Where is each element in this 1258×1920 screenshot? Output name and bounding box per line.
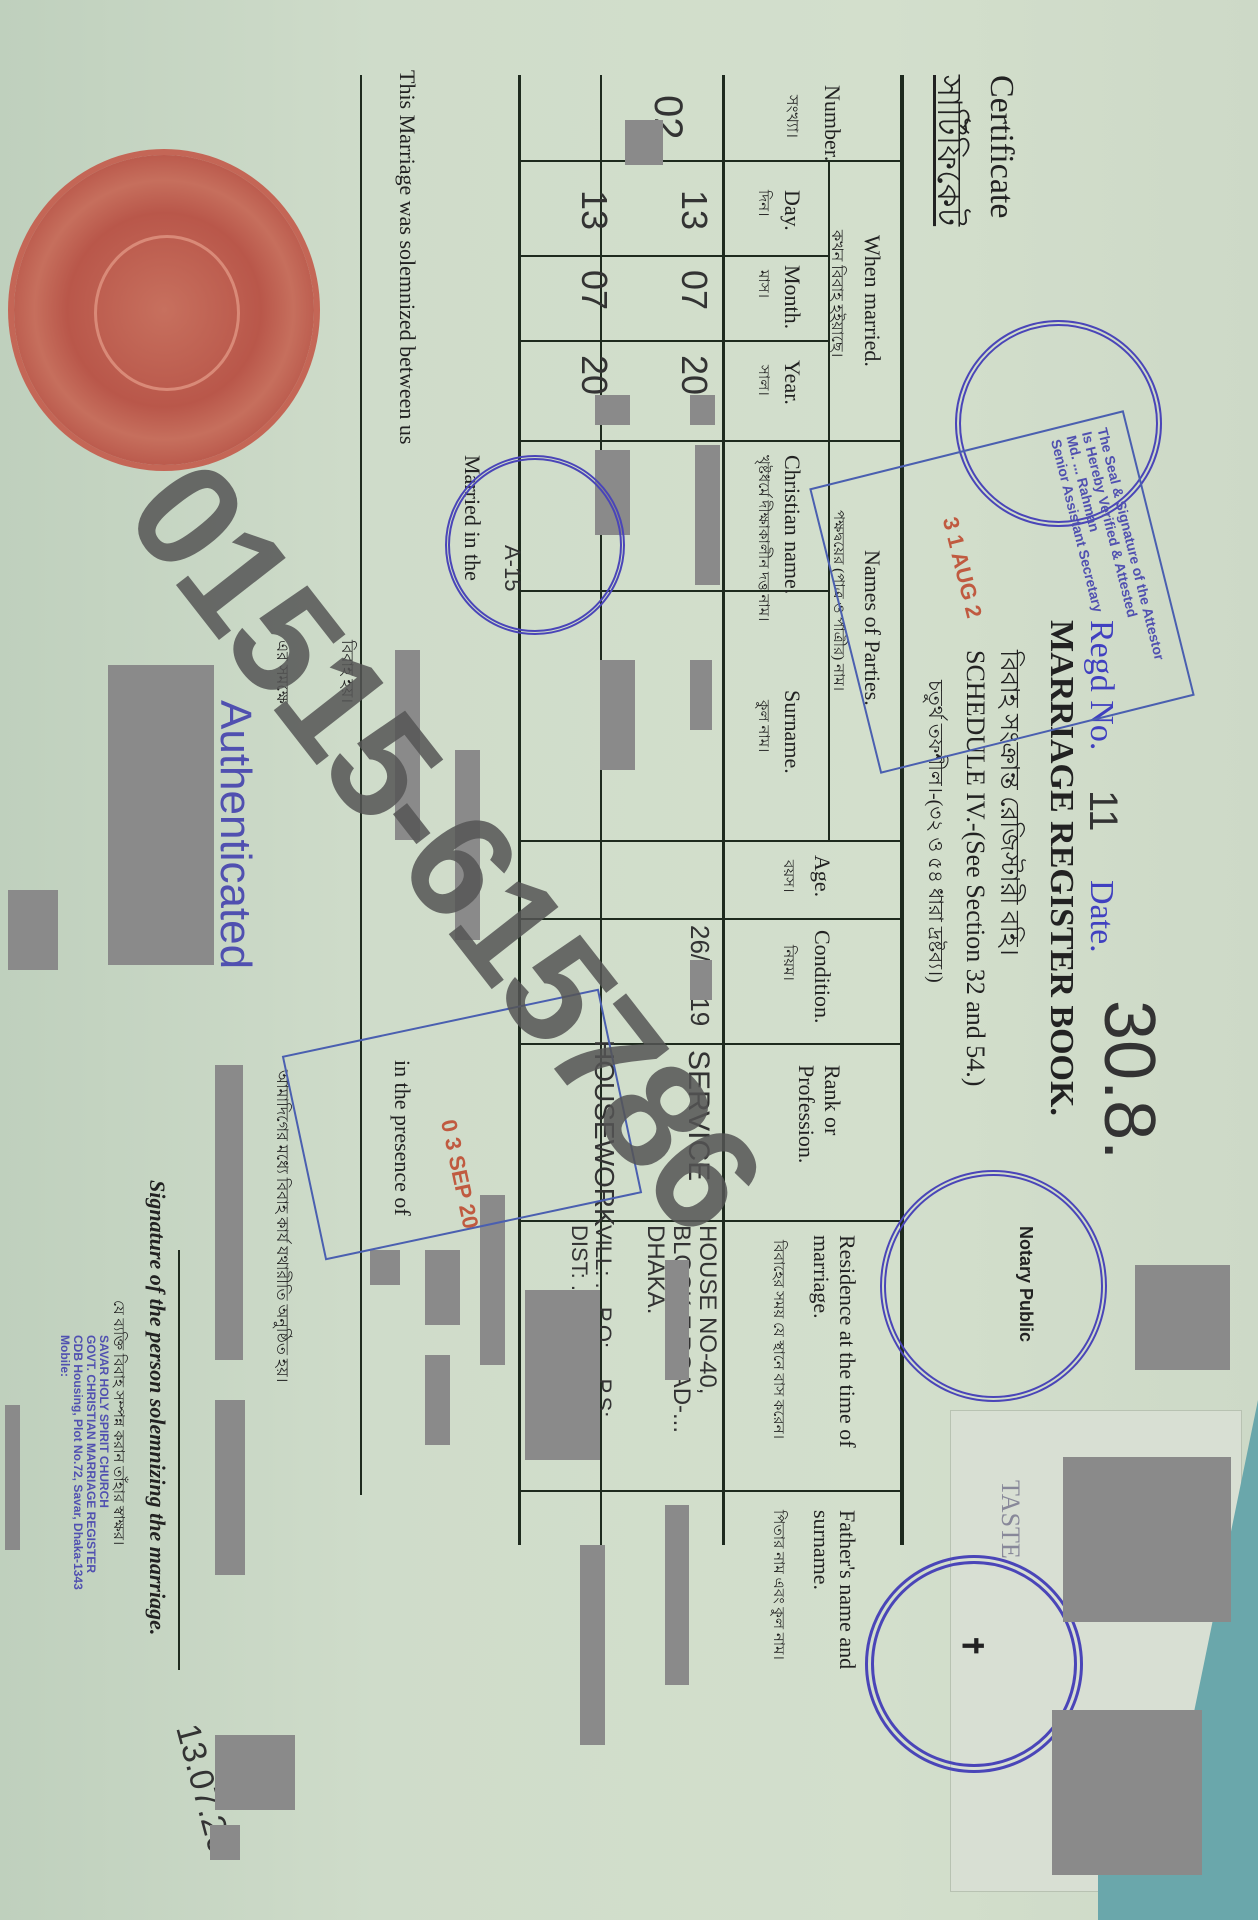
redaction bbox=[215, 1180, 243, 1360]
redaction bbox=[108, 665, 214, 965]
row1-day: 13 bbox=[673, 190, 715, 230]
header-surname-bn: কুল নাম। bbox=[750, 700, 775, 752]
header-year-bn: সাল। bbox=[750, 365, 775, 396]
redaction bbox=[525, 1290, 600, 1460]
redaction bbox=[665, 1505, 689, 1685]
header-christian-name-bn: খৃষ্টধর্মে দীক্ষাকালীন দত্ত নাম। bbox=[750, 455, 775, 621]
row1-year: 20 bbox=[673, 355, 715, 395]
header-rank: Rank or Profession. bbox=[793, 1065, 845, 1205]
redaction bbox=[1135, 1265, 1230, 1370]
header-father: Father's name and surname. bbox=[808, 1510, 860, 1710]
mofa-date: 0 3 SEP 20 bbox=[435, 1117, 483, 1231]
redaction bbox=[5, 1405, 20, 1550]
header-year: Year. bbox=[779, 360, 805, 405]
redaction bbox=[425, 1250, 460, 1325]
header-day-bn: দিন। bbox=[750, 190, 775, 217]
col-divider-residence bbox=[518, 1490, 900, 1492]
col-divider-surname bbox=[518, 840, 900, 842]
header-bottom-border bbox=[722, 75, 725, 1545]
redaction bbox=[210, 1825, 240, 1860]
redaction bbox=[1052, 1710, 1202, 1875]
date-label: Date. bbox=[1082, 880, 1120, 953]
col-divider-year bbox=[518, 440, 900, 442]
header-residence: Residence at the time of marriage. bbox=[808, 1235, 860, 1475]
certificate-title-bn: সার্টিফিকেট bbox=[918, 75, 975, 226]
redaction bbox=[580, 1545, 605, 1745]
certificate-title: Certificate bbox=[982, 75, 1020, 218]
redaction bbox=[370, 1250, 400, 1285]
redaction bbox=[665, 1260, 689, 1380]
header-when-married: When married. bbox=[859, 235, 885, 367]
redaction bbox=[595, 395, 630, 425]
header-day: Day. bbox=[779, 190, 805, 231]
footer-bn-line: আমাদিগের মধ্যে বিবাহ কার্য যথারীতি অনুষ্… bbox=[268, 1070, 295, 1382]
attest-date: 3 1 AUG 2 bbox=[937, 514, 987, 620]
solemnized-text: This Marriage was solemnized between us bbox=[394, 70, 420, 445]
header-condition: Condition. bbox=[809, 930, 835, 1024]
redaction bbox=[690, 660, 712, 730]
header-month: Month. bbox=[779, 265, 805, 329]
notary-public-stamp: Notary Public bbox=[880, 1170, 1107, 1402]
date-value: 30.8. bbox=[1088, 1000, 1170, 1160]
consular-welfare-stamp: A-15 bbox=[445, 455, 625, 635]
register-mobile: Mobile: bbox=[58, 1335, 71, 1625]
header-father-bn: পিতার নাম এবং কুল নাম। bbox=[765, 1510, 790, 1660]
redaction bbox=[215, 1065, 243, 1180]
redaction bbox=[425, 1355, 450, 1445]
header-age-bn: বয়স। bbox=[775, 860, 800, 892]
law-ministry-attest-stamp: The Seal & Signature of the Attestor Is … bbox=[809, 410, 1195, 774]
redaction bbox=[695, 445, 720, 585]
header-christian-name: Christian name. bbox=[779, 455, 805, 594]
header-surname: Surname. bbox=[779, 690, 805, 774]
red-wax-seal bbox=[14, 155, 314, 465]
regd-value: 11 bbox=[1080, 790, 1125, 832]
header-number: Number. bbox=[819, 85, 845, 161]
redaction bbox=[690, 395, 715, 425]
header-month-bn: মাস। bbox=[750, 270, 775, 298]
register-title: GOVT. CHRISTIAN MARRIAGE REGISTER bbox=[84, 1335, 97, 1625]
row2-year: 20 bbox=[573, 355, 615, 395]
redaction bbox=[625, 120, 663, 165]
row2-month: 07 bbox=[573, 270, 615, 310]
header-condition-bn: নিয়ম। bbox=[775, 945, 800, 981]
row2-day: 13 bbox=[573, 190, 615, 230]
signature-line bbox=[178, 1250, 180, 1670]
redaction bbox=[690, 960, 712, 1000]
document-photo: Certificate সার্টিফিকেট Regd No. 11 Date… bbox=[0, 0, 1258, 1920]
redaction bbox=[600, 660, 635, 770]
redaction bbox=[1063, 1457, 1231, 1622]
register-address: CDB Housing, Plot No.72, Savar, Dhaka-13… bbox=[71, 1335, 84, 1625]
signature-label: Signature of the person solemnizing the … bbox=[144, 1180, 170, 1635]
register-address-block: SAVAR HOLY SPIRIT CHURCH GOVT. CHRISTIAN… bbox=[58, 1335, 110, 1625]
redaction bbox=[8, 890, 58, 970]
col-divider-day bbox=[518, 255, 828, 257]
header-age: Age. bbox=[809, 855, 835, 897]
header-when-married-bn: কখন বিবাহ হইয়াছে। bbox=[823, 230, 850, 357]
header-residence-bn: বিবাহের সময় যে স্থানে বাস করেন। bbox=[765, 1240, 790, 1470]
col-divider-month bbox=[518, 340, 828, 342]
redaction bbox=[215, 1735, 295, 1810]
card-text: TASTE bbox=[995, 1480, 1025, 1559]
govt-christian-marriage-register-stamp: ✝ bbox=[865, 1555, 1083, 1773]
register-church: SAVAR HOLY SPIRIT CHURCH bbox=[97, 1335, 110, 1625]
redaction bbox=[215, 1400, 245, 1575]
header-number-bn: সংখ্যা। bbox=[778, 95, 805, 138]
row1-month: 07 bbox=[673, 270, 715, 310]
